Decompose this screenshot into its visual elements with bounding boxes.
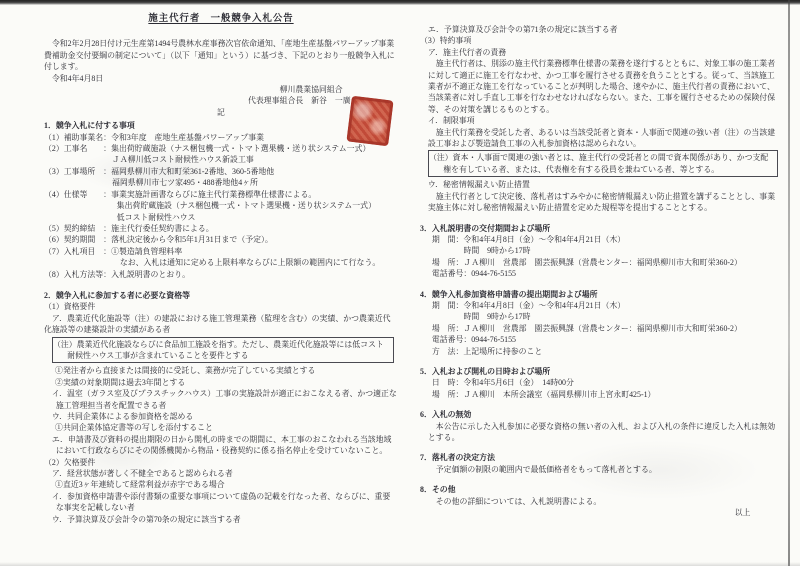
- text-line: 電話番号：0944-76-5155: [420, 268, 782, 279]
- section-heading: 1．競争入札に付する事項: [44, 120, 398, 131]
- text-line: 電話番号：0944-76-5155: [420, 334, 782, 345]
- text-line: （6）契約期間 ：落札決定後から令和5年1月31日まで（予定）。: [44, 234, 398, 245]
- section-heading: 7．落札者の決定方法: [420, 452, 782, 463]
- text-line: 本公告に示した入札参加に必要な資格の無い者の入札、および入札の条件に違反した入札…: [420, 421, 782, 444]
- scan-edge-right: [788, 0, 790, 566]
- text-line: 施主代行者は、別添の施主代行業務標準仕様書の業務を遂行するとともに、対象工事の施…: [420, 58, 782, 115]
- text-line: 場 所：ＪＡ柳川 営農部 園芸振興課（営農センター：福岡県柳川市大和町栄360-…: [420, 257, 782, 268]
- scan-edge-top: [0, 0, 800, 5]
- text-line: ア．施主代行者の責務: [420, 47, 782, 58]
- text-line: （2）工事名 ：集出荷貯蔵施設（ナス梱包機一式・トマト選果機・送り状システム一式…: [44, 143, 398, 154]
- text-line: 柳川農業協同組合: [44, 84, 398, 95]
- spacer: [420, 280, 782, 287]
- note-box: （注）農業近代化施設ならびに食品加工施設を指す。ただし、農業近代化施設等には低コ…: [52, 337, 394, 364]
- red-seal-stamp-icon: [346, 96, 393, 147]
- text-line: 集出荷貯蔵施設（ナス梱包機一式・トマト選果機・送り状システム一式）: [44, 200, 398, 211]
- text-line: 場 所：ＪＡ柳川 本所会議室（福岡県柳川市上宮永町425-1）: [420, 389, 782, 400]
- section-heading: 8．その他: [420, 484, 782, 495]
- section-heading: 6．入札の無効: [420, 409, 782, 420]
- text-line: イ．制限事項: [420, 115, 782, 126]
- spacer: [420, 443, 782, 450]
- scanned-document-page: 施主代行者 一般競争入札公告令和2年2月28日付け元生産第1494号農林水産事務…: [0, 0, 800, 566]
- spacer: [420, 400, 782, 407]
- spacer: [420, 475, 782, 482]
- text-line: ②実績の対象期間は過去3年間とする: [44, 377, 398, 388]
- text-line: （3）工事場所 ：福岡県柳川市大和町栄361-2番地、360-5番地他: [44, 166, 398, 177]
- text-line: ①共同企業体協定書等の写しを添付すること: [44, 422, 398, 433]
- section-heading: 5．入札および開札の日時および場所: [420, 366, 782, 377]
- text-line: 令和4年4月8日: [44, 73, 398, 84]
- document-title: 施主代行者 一般競争入札公告: [44, 14, 398, 25]
- text-line: ①発注者から直接または間接的に受託し、業務が完了している実績とする: [44, 365, 398, 376]
- text-line: 代表理事組合長 新谷 一廣: [44, 95, 398, 106]
- text-line: （3）特約事項: [420, 35, 782, 46]
- text-line: ウ．予算決算及び会計令の第70条の規定に該当する者: [44, 514, 398, 525]
- text-line: 令和2年2月28日付け元生産第1494号農林水産事務次官依命通知、「産地生産基盤…: [44, 38, 398, 72]
- spacer: [420, 357, 782, 364]
- text-line: 低コスト耐候性ハウス: [44, 212, 398, 223]
- note-box: （注）資本・人事面で関連の強い者とは、施主代行の受託者との間で資本関係があり、か…: [428, 150, 778, 177]
- section-heading: 4．競争入札参加資格申請書の提出期間および場所: [420, 289, 782, 300]
- text-line: ＪＡ柳川低コスト耐候性ハウス新設工事: [44, 154, 398, 165]
- text-line: 期 間：令和4年4月8日（金）～令和4年4月21日（木）: [420, 234, 782, 245]
- column-left: 施主代行者 一般競争入札公告令和2年2月28日付け元生産第1494号農林水産事務…: [44, 14, 398, 525]
- spacer: [420, 214, 782, 221]
- text-line: （1）資格要件: [44, 301, 398, 312]
- text-line: ウ．秘密情報漏えい防止措置: [420, 179, 782, 190]
- text-line: （8）入札方法等：入札説明書のとおり。: [44, 269, 398, 280]
- text-line: 期 間：令和4年4月8日（金）～令和4年4月21日（木）: [420, 300, 782, 311]
- text-line: ①直近3ヶ年連続して経常利益が赤字である場合: [44, 479, 398, 490]
- text-line: エ．申請書及び資料の提出期限の日から開札の時までの期間に、本工事のおこなわれる当…: [44, 434, 398, 457]
- text-line: （4）仕様等 ：事業実施計画書ならびに施主代行業務標準仕様書による。: [44, 189, 398, 200]
- section-heading: 2．競争入札に参加する者に必要な資格等: [44, 290, 398, 301]
- text-line: 施主代行業務を受託した者、あるいは当該受託者と資本・人事面で関連の強い者（注）の…: [420, 127, 782, 150]
- section-heading: 3．入札説明書の交付期間および場所: [420, 223, 782, 234]
- text-line: なお、入札は通知に定める上限料率ならびに上限額の範囲内にて行なう。: [44, 257, 398, 268]
- text-line: 施主代行者として決定後、落札者はすみやかに秘密情報漏えい防止措置を講ずることとし…: [420, 191, 782, 214]
- text-line: 福岡県柳川市七ツ家495・488番地他4ヶ所: [44, 177, 398, 188]
- text-line: 場 所：ＪＡ柳川 営農部 園芸振興課（営農センター：福岡県柳川市大和町栄360-…: [420, 323, 782, 334]
- column-right: エ．予算決算及び会計令の第71条の規定に該当する者（3）特約事項ア．施主代行者の…: [420, 24, 782, 518]
- text-line: 方 法：上記場所に持参のこと: [420, 346, 782, 357]
- text-line: ウ．共同企業体による参加資格を認める: [44, 411, 398, 422]
- text-line: 以上: [420, 507, 782, 518]
- text-line: （5）契約締結 ：施主代行委任契約書による。: [44, 223, 398, 234]
- text-line: 記: [44, 107, 398, 118]
- text-line: 予定価額の制限の範囲内で最低価格者をもって落札者とする。: [420, 464, 782, 475]
- text-line: ア．農業近代化施設等（注）の建設における施工管理業務（監理を含む）の実績、かつ農…: [44, 313, 398, 336]
- text-line: 時間 9時から17時: [420, 245, 782, 256]
- text-line: ア．経営状態が著しく不健全であると認められる者: [44, 468, 398, 479]
- spacer: [44, 280, 398, 288]
- spacer: [44, 29, 398, 38]
- text-line: （1）補助事業名：令和3年度 産地生産基盤パワーアップ事業: [44, 132, 398, 143]
- text-line: （7）入札項目 ：①製造請負管理料率: [44, 246, 398, 257]
- text-line: エ．予算決算及び会計令の第71条の規定に該当する者: [420, 24, 782, 35]
- text-line: その他の詳細については、入札説明書による。: [420, 496, 782, 507]
- text-line: イ．温室（ガラス室及びプラスチックハウス）工事の実施設計が適正におこなえる者、か…: [44, 388, 398, 411]
- scan-edge-bottom: [0, 562, 800, 566]
- text-line: 日 時：令和4年5月6日（金） 14時00分: [420, 377, 782, 388]
- text-line: （2）欠格要件: [44, 457, 398, 468]
- text-line: 時間 9時から17時: [420, 311, 782, 322]
- text-line: イ．参加資格申請書や添付書類の重要な事項について虚偽の記載を行なった者、ならびに…: [44, 491, 398, 514]
